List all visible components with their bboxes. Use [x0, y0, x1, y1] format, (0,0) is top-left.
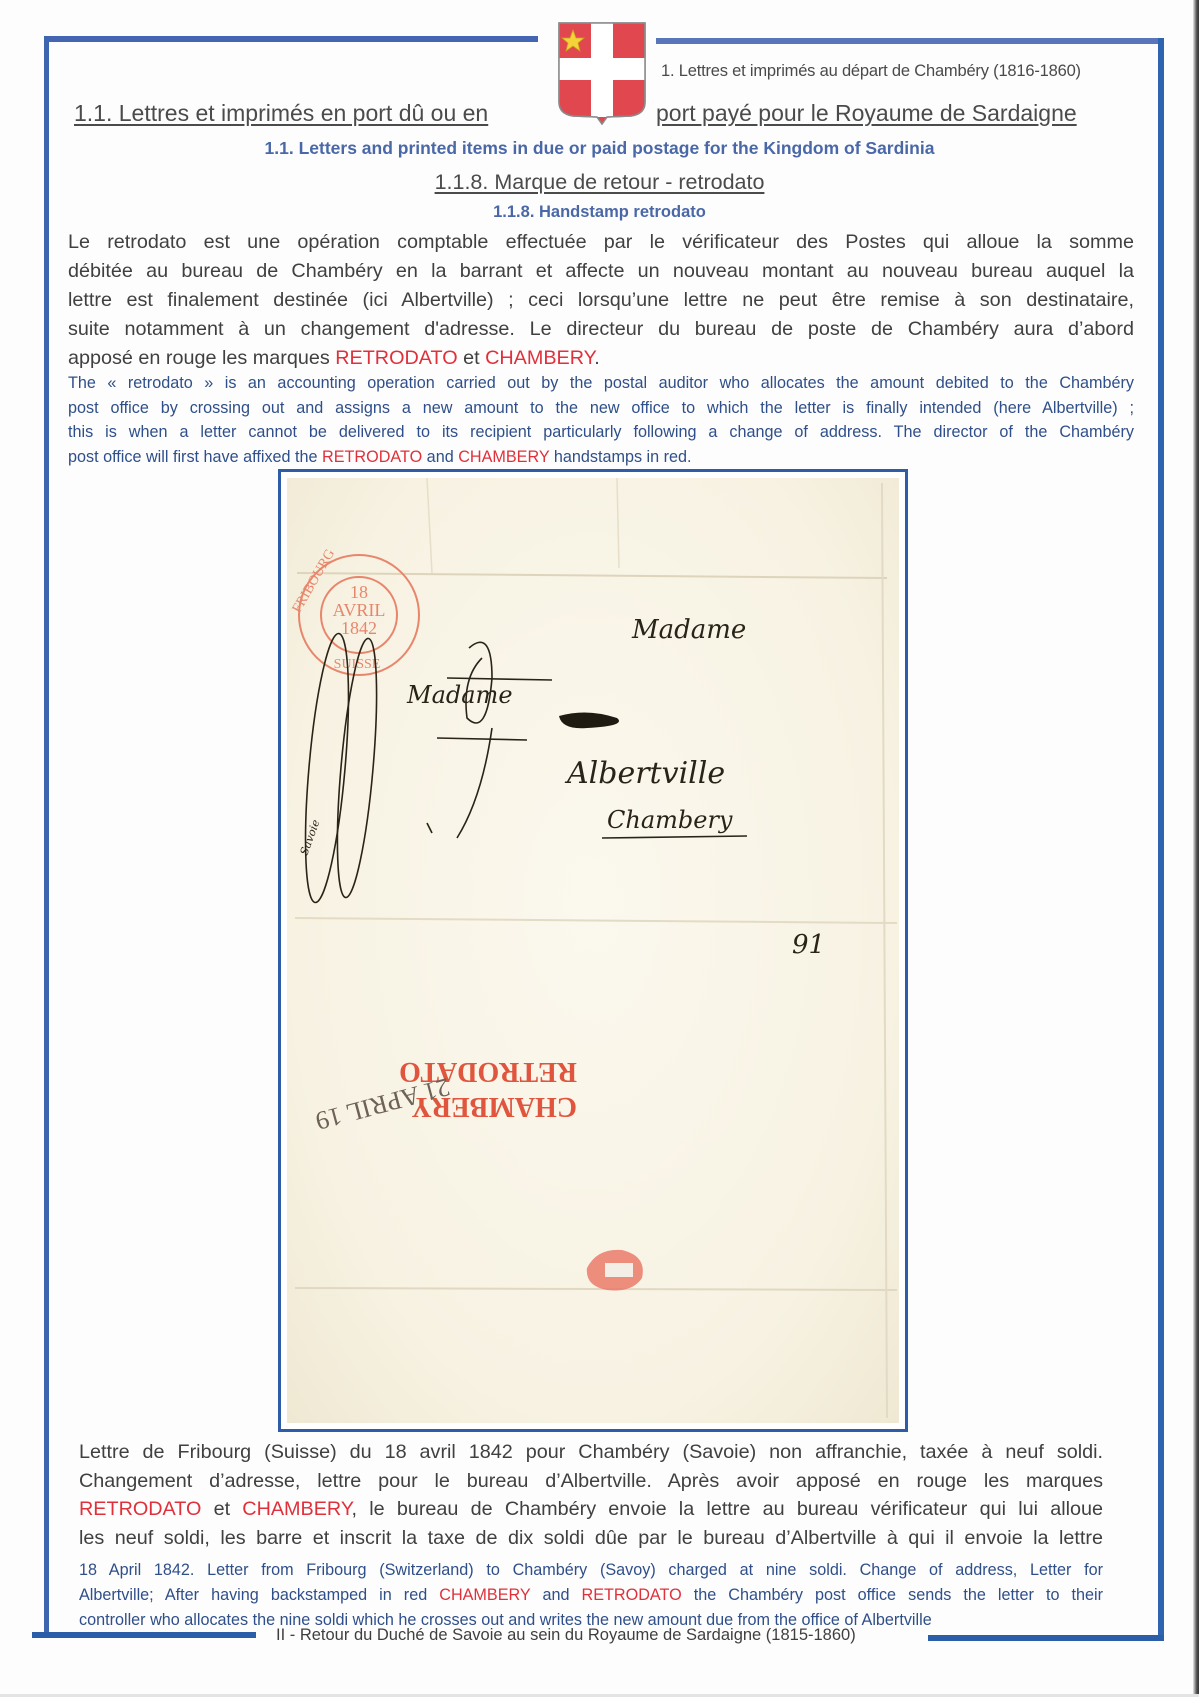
page-title-en: 1.1. Letters and printed items in due or… [0, 138, 1199, 159]
mark-chambery: CHAMBERY [439, 1586, 530, 1604]
section-reference: 1. Lettres et imprimés au départ de Cham… [661, 62, 1161, 81]
svg-text:91: 91 [792, 930, 825, 960]
caption-fr: Lettre de Fribourg (Suisse) du 18 avril … [79, 1438, 1103, 1552]
caption-en: 18 April 1842. Letter from Fribourg (Swi… [79, 1558, 1103, 1633]
mark-retrodato: RETRODATO [322, 448, 422, 466]
text: and [530, 1586, 581, 1604]
text: post office will first have affixed the [68, 448, 322, 466]
text: handstamps in red. [549, 448, 691, 466]
frame-bottom-right [928, 1635, 1164, 1641]
mark-chambery: CHAMBERY [458, 448, 549, 466]
savoy-shield-icon [555, 20, 649, 125]
frame-top-left [44, 36, 538, 42]
text: et [458, 347, 486, 369]
caption-fr-line: Changement d’adresse, lettre pour le bur… [79, 1467, 1103, 1496]
page-title-fr-part2: port payé pour le Royaume de Sardaigne [656, 100, 1077, 127]
scan-edge [1193, 0, 1199, 1697]
text: apposé en rouge les marques [68, 347, 335, 369]
intro-en-line-last: post office will first have affixed the … [68, 445, 1134, 470]
frame-top-right [656, 38, 1164, 44]
text: , le bureau de Chambéry envoie la lettre… [352, 1498, 1104, 1520]
intro-fr-line-last: apposé en rouge les marques RETRODATO et… [68, 344, 1134, 373]
page-title-fr-part1: 1.1. Lettres et imprimés en port dû ou e… [74, 100, 488, 127]
intro-paragraph-en: The « retrodato » is an accounting opera… [68, 371, 1134, 469]
intro-en-line: post office by crossing out and assigns … [68, 396, 1134, 421]
mark-retrodato: RETRODATO [79, 1498, 201, 1520]
text: Albertville; After having backstamped in… [79, 1586, 439, 1604]
letter-image-frame: 18 AVRIL 1842 FRIBOURG SUISSE Madame M [278, 469, 908, 1432]
svg-text:FRIBOURG: FRIBOURG [290, 547, 338, 616]
text: and [422, 448, 458, 466]
svg-text:Chambery: Chambery [607, 806, 733, 834]
svg-text:18: 18 [350, 582, 368, 602]
caption-fr-line: les neuf soldi, les barre et inscrit la … [79, 1524, 1103, 1553]
intro-fr-line: lettre est finalement destinée (ici Albe… [68, 286, 1134, 315]
caption-fr-line: RETRODATO et CHAMBERY, le bureau de Cham… [79, 1495, 1103, 1524]
intro-fr-line: Le retrodato est une opération comptable… [68, 228, 1134, 257]
mark-retrodato: RETRODATO [335, 347, 457, 369]
text: et [201, 1498, 242, 1520]
mark-chambery: CHAMBERY [485, 347, 594, 369]
section-title-fr: 1.1.8. Marque de retour - retrodato [0, 170, 1199, 195]
caption-fr-line: Lettre de Fribourg (Suisse) du 18 avril … [79, 1438, 1103, 1467]
mark-retrodato: RETRODATO [582, 1586, 682, 1604]
svg-text:AVRIL: AVRIL [333, 600, 386, 620]
svg-text:21 APRIL 19: 21 APRIL 19 [312, 1072, 453, 1136]
svg-text:Savoie: Savoie [298, 817, 323, 857]
svg-text:Albertville: Albertville [564, 756, 725, 791]
page-footer: II - Retour du Duché de Savoie au sein d… [276, 1626, 856, 1645]
caption-en-line: 18 April 1842. Letter from Fribourg (Swi… [79, 1558, 1103, 1583]
intro-fr-line: débitée au bureau de Chambéry en la barr… [68, 257, 1134, 286]
caption-en-line: Albertville; After having backstamped in… [79, 1583, 1103, 1608]
intro-en-line: The « retrodato » is an accounting opera… [68, 371, 1134, 396]
intro-fr-line: suite notamment à un changement d'adress… [68, 315, 1134, 344]
svg-text:Madame: Madame [631, 615, 746, 645]
mark-chambery: CHAMBERY [242, 1498, 351, 1520]
intro-en-line: this is when a letter cannot be delivere… [68, 420, 1134, 445]
letter-scan: 18 AVRIL 1842 FRIBOURG SUISSE Madame M [287, 478, 899, 1423]
frame-left [44, 36, 49, 1637]
text: . [594, 347, 600, 369]
text: the Chambéry post office sends the lette… [682, 1586, 1103, 1604]
intro-paragraph-fr: Le retrodato est une opération comptable… [68, 228, 1134, 373]
svg-text:1842: 1842 [341, 618, 377, 638]
section-title-en: 1.1.8. Handstamp retrodato [0, 203, 1199, 222]
svg-text:Madame: Madame [406, 681, 513, 709]
frame-right [1158, 38, 1164, 1638]
